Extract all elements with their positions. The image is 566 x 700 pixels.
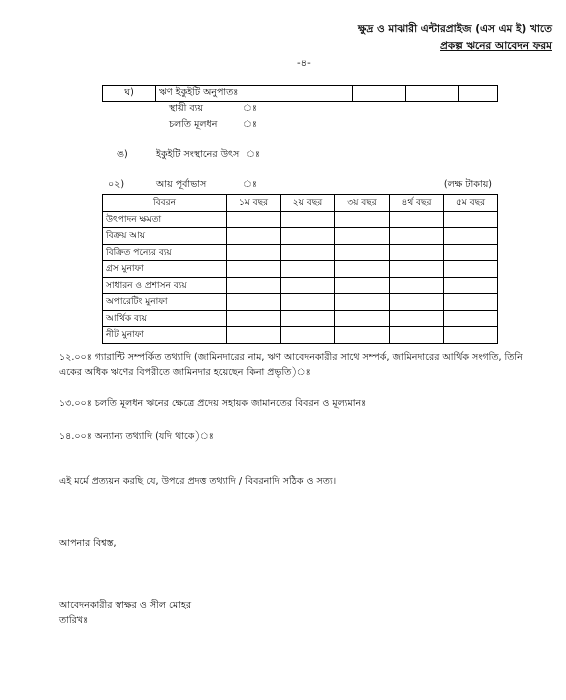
- value-cell[interactable]: [390, 327, 444, 344]
- fixed-cost-label: স্থায়ী ব্যয়: [169, 102, 203, 117]
- column-header-year: ২য় বছর: [281, 195, 335, 212]
- section-13: ১৩.০০ঃ চলতি মূলধন ঋনের ক্ষেত্রে প্রদেয় …: [59, 396, 366, 411]
- value-cell[interactable]: [335, 244, 390, 261]
- value-cell[interactable]: [281, 228, 335, 245]
- signature-label: আবেদনকারীর স্বাক্ষর ও সীল মোহর: [59, 598, 191, 613]
- table-row: বিক্রয় আয়: [103, 228, 498, 245]
- table-row: ঘ) ঋণ ইকুইটি অনুপাতঃ: [103, 86, 498, 102]
- page-number: -৪-: [297, 56, 311, 73]
- row-label: সাধারন ও প্রশাসন ব্যয়: [103, 277, 227, 294]
- column-header-year: ৪র্থ বছর: [390, 195, 444, 212]
- equity-source-colon: ঃ: [246, 148, 260, 163]
- row-label: নীট মুনাফা: [103, 327, 227, 344]
- form-header-subtitle: প্রকল্প ঋনের আবেদন ফরম: [440, 39, 552, 56]
- row-label: বিক্রয় আয়: [103, 228, 227, 245]
- value-cell[interactable]: [444, 244, 498, 261]
- value-cell[interactable]: [390, 228, 444, 245]
- value-cell[interactable]: [444, 211, 498, 228]
- working-capital-colon: ঃ: [243, 118, 257, 133]
- section-12-line1: ১২.০০ঃ গ্যারান্টি সম্পর্কিত তথ্যাদি (জাম…: [59, 350, 523, 365]
- value-cell[interactable]: [444, 327, 498, 344]
- column-header-year: ৫ম বছর: [444, 195, 498, 212]
- value-cell[interactable]: [390, 310, 444, 327]
- value-cell[interactable]: [335, 294, 390, 311]
- value-cell[interactable]: [281, 261, 335, 278]
- column-header-description: বিবরন: [103, 195, 227, 212]
- row-label: গ্রস মুনাফা: [103, 261, 227, 278]
- debt-equity-marker: ঘ): [103, 86, 156, 102]
- value-cell[interactable]: [444, 277, 498, 294]
- value-cell[interactable]: [444, 310, 498, 327]
- debt-equity-cell[interactable]: [353, 86, 406, 102]
- value-cell[interactable]: [227, 310, 281, 327]
- value-cell[interactable]: [335, 228, 390, 245]
- value-cell[interactable]: [281, 310, 335, 327]
- row-label: অপারেটিং মুনাফা: [103, 294, 227, 311]
- debt-equity-cell[interactable]: [459, 86, 498, 102]
- value-cell[interactable]: [227, 228, 281, 245]
- working-capital-label: চলতি মূলধন: [169, 118, 217, 133]
- value-cell[interactable]: [281, 244, 335, 261]
- section-14: ১৪.০০ঃ অন্যান্য তথ্যাদি (যদি থাকে)ঃ: [59, 429, 214, 444]
- value-cell[interactable]: [227, 294, 281, 311]
- equity-source-label: ইকুইটি সংস্থানের উৎস: [156, 148, 239, 163]
- table-row: নীট মুনাফা: [103, 327, 498, 344]
- row-label: বিক্রিত পন্যের ব্যয়: [103, 244, 227, 261]
- date-label: তারিখঃ: [59, 613, 88, 628]
- value-cell[interactable]: [281, 327, 335, 344]
- value-cell[interactable]: [444, 294, 498, 311]
- salutation: আপনার বিশ্বস্ত,: [59, 536, 116, 551]
- row-label: উৎপাদন ক্ষমতা: [103, 211, 227, 228]
- debt-equity-label: ঋণ ইকুইটি অনুপাতঃ: [156, 86, 353, 102]
- value-cell[interactable]: [444, 261, 498, 278]
- section-12-line2: একের অধিক ঋণের বিপরীতে জামিনদার হয়েছেন …: [59, 365, 311, 380]
- value-cell[interactable]: [281, 294, 335, 311]
- value-cell[interactable]: [227, 211, 281, 228]
- income-forecast-table: বিবরন১ম বছর২য় বছর৩য় বছর৪র্থ বছর৫ম বছর …: [102, 194, 498, 344]
- income-forecast-unit: (লক্ষ টাকায়): [444, 178, 492, 193]
- table-row: অপারেটিং মুনাফা: [103, 294, 498, 311]
- value-cell[interactable]: [335, 261, 390, 278]
- debt-equity-cell[interactable]: [406, 86, 459, 102]
- table-row: আর্থিক ব্যয়: [103, 310, 498, 327]
- column-header-year: ৩য় বছর: [335, 195, 390, 212]
- fixed-cost-colon: ঃ: [243, 102, 257, 117]
- table-row: গ্রস মুনাফা: [103, 261, 498, 278]
- value-cell[interactable]: [281, 211, 335, 228]
- row-label: আর্থিক ব্যয়: [103, 310, 227, 327]
- value-cell[interactable]: [335, 310, 390, 327]
- income-forecast-colon: ঃ: [243, 178, 257, 193]
- value-cell[interactable]: [281, 277, 335, 294]
- value-cell[interactable]: [227, 244, 281, 261]
- declaration-text: এই মর্মে প্রত্যয়ন করছি যে, উপরে প্রদত্ত…: [59, 474, 336, 489]
- value-cell[interactable]: [390, 211, 444, 228]
- value-cell[interactable]: [335, 211, 390, 228]
- income-forecast-label: আয় পূর্বাভাস: [156, 178, 206, 193]
- table-row: উৎপাদন ক্ষমতা: [103, 211, 498, 228]
- table-header-row: বিবরন১ম বছর২য় বছর৩য় বছর৪র্থ বছর৫ম বছর: [103, 195, 498, 212]
- value-cell[interactable]: [227, 327, 281, 344]
- equity-source-marker: ঙ): [117, 148, 128, 163]
- value-cell[interactable]: [390, 294, 444, 311]
- table-row: সাধারন ও প্রশাসন ব্যয়: [103, 277, 498, 294]
- value-cell[interactable]: [335, 277, 390, 294]
- value-cell[interactable]: [390, 277, 444, 294]
- value-cell[interactable]: [335, 327, 390, 344]
- value-cell[interactable]: [390, 244, 444, 261]
- income-forecast-marker: ০২): [108, 178, 124, 193]
- value-cell[interactable]: [390, 261, 444, 278]
- value-cell[interactable]: [227, 261, 281, 278]
- form-header-title: ক্ষুদ্র ও মাঝারী এন্টারপ্রাইজ (এস এম ই) …: [358, 22, 552, 39]
- value-cell[interactable]: [444, 228, 498, 245]
- value-cell[interactable]: [227, 277, 281, 294]
- column-header-year: ১ম বছর: [227, 195, 281, 212]
- table-row: বিক্রিত পন্যের ব্যয়: [103, 244, 498, 261]
- debt-equity-table: ঘ) ঋণ ইকুইটি অনুপাতঃ: [102, 85, 498, 102]
